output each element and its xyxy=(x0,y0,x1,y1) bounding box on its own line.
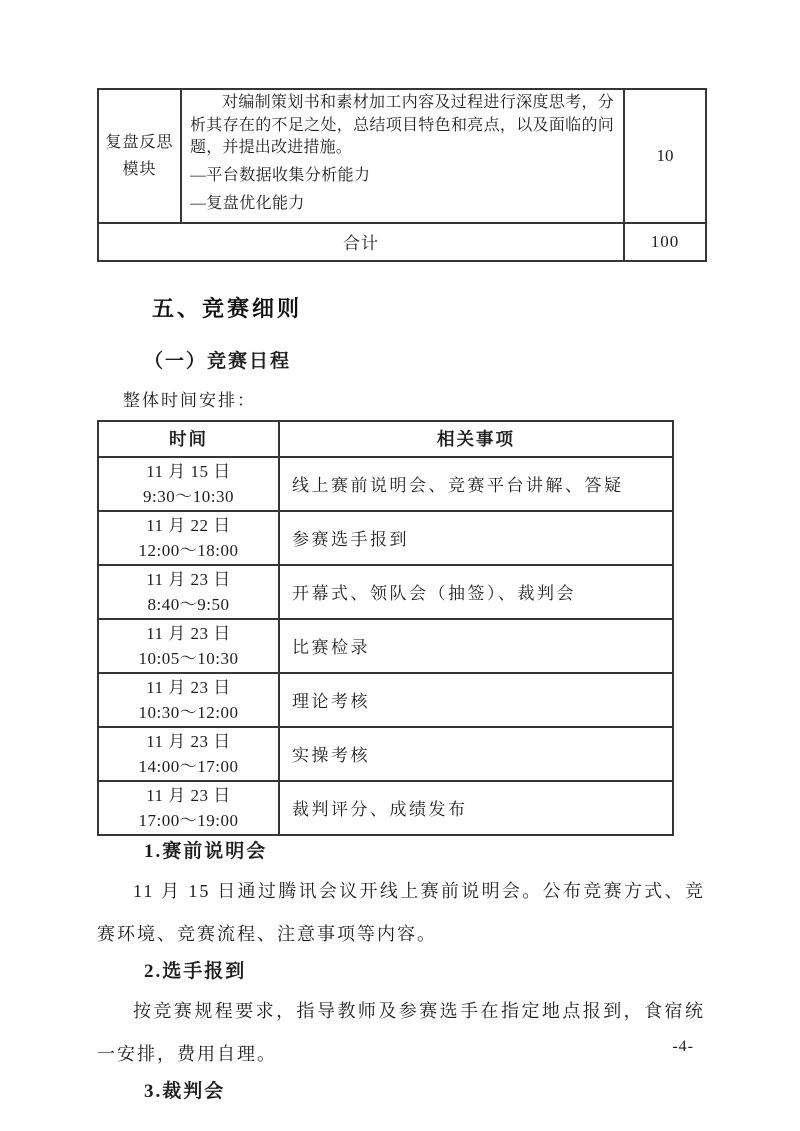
schedule-time: 12:00～18:00 xyxy=(100,538,277,563)
schedule-date: 11 月 23 日 xyxy=(100,567,277,592)
schedule-table: 时间 相关事项 11 月 15 日 9:30～10:30 线上赛前说明会、竞赛平… xyxy=(97,420,674,836)
module-description: 对编制策划书和素材加工内容及过程进行深度思考，分析其存在的不足之处，总结项目特色… xyxy=(190,92,614,160)
schedule-time: 9:30～10:30 xyxy=(100,484,277,509)
schedule-event-cell: 参赛选手报到 xyxy=(279,511,673,565)
schedule-time-cell: 11 月 22 日 12:00～18:00 xyxy=(98,511,279,565)
module-name-line2: 模块 xyxy=(100,156,179,183)
note-body-2: 按竞赛规程要求，指导教师及参赛选手在指定地点报到，食宿统一安排，费用自理。 xyxy=(97,990,705,1076)
page-number: -4- xyxy=(672,1038,694,1056)
schedule-date: 11 月 23 日 xyxy=(100,675,277,700)
section-heading: 五、竞赛细则 xyxy=(152,292,705,323)
schedule-row: 11 月 23 日 14:00～17:00 实操考核 xyxy=(98,727,673,781)
capability-item: —复盘优化能力 xyxy=(190,192,614,216)
schedule-row: 11 月 23 日 10:30～12:00 理论考核 xyxy=(98,673,673,727)
document-page: 复盘反思 模块 对编制策划书和素材加工内容及过程进行深度思考，分析其存在的不足之… xyxy=(0,0,800,1131)
schedule-time: 10:05～10:30 xyxy=(100,646,277,671)
schedule-date: 11 月 23 日 xyxy=(100,729,277,754)
schedule-time: 17:00～19:00 xyxy=(100,808,277,833)
schedule-date: 11 月 23 日 xyxy=(100,621,277,646)
schedule-event-cell: 实操考核 xyxy=(279,727,673,781)
note-heading-3: 3.裁判会 xyxy=(144,1079,705,1105)
score-table: 复盘反思 模块 对编制策划书和素材加工内容及过程进行深度思考，分析其存在的不足之… xyxy=(97,88,707,262)
schedule-time-cell: 11 月 23 日 14:00～17:00 xyxy=(98,727,279,781)
total-score-cell: 100 xyxy=(624,223,706,261)
module-score-cell: 10 xyxy=(624,89,706,223)
schedule-event-cell: 理论考核 xyxy=(279,673,673,727)
schedule-time-cell: 11 月 23 日 10:05～10:30 xyxy=(98,619,279,673)
schedule-time: 14:00～17:00 xyxy=(100,754,277,779)
schedule-event-cell: 线上赛前说明会、竞赛平台讲解、答疑 xyxy=(279,457,673,511)
module-description-cell: 对编制策划书和素材加工内容及过程进行深度思考，分析其存在的不足之处，总结项目特色… xyxy=(181,89,624,223)
schedule-date: 11 月 15 日 xyxy=(100,459,277,484)
schedule-row: 11 月 23 日 10:05～10:30 比赛检录 xyxy=(98,619,673,673)
note-heading-2: 2.选手报到 xyxy=(144,959,705,985)
schedule-time: 8:40～9:50 xyxy=(100,592,277,617)
schedule-event-cell: 裁判评分、成绩发布 xyxy=(279,781,673,835)
score-table-module-row: 复盘反思 模块 对编制策划书和素材加工内容及过程进行深度思考，分析其存在的不足之… xyxy=(98,89,706,223)
schedule-header-time: 时间 xyxy=(98,421,279,457)
capability-item: —平台数据收集分析能力 xyxy=(190,164,614,188)
schedule-time-cell: 11 月 15 日 9:30～10:30 xyxy=(98,457,279,511)
score-table-total-row: 合计 100 xyxy=(98,223,706,261)
total-label-cell: 合计 xyxy=(98,223,624,261)
module-name-cell: 复盘反思 模块 xyxy=(98,89,181,223)
schedule-row: 11 月 22 日 12:00～18:00 参赛选手报到 xyxy=(98,511,673,565)
schedule-date: 11 月 22 日 xyxy=(100,513,277,538)
schedule-header-row: 时间 相关事项 xyxy=(98,421,673,457)
schedule-time-cell: 11 月 23 日 10:30～12:00 xyxy=(98,673,279,727)
schedule-event-cell: 比赛检录 xyxy=(279,619,673,673)
schedule-date: 11 月 23 日 xyxy=(100,783,277,808)
schedule-header-event: 相关事项 xyxy=(279,421,673,457)
schedule-event-cell: 开幕式、领队会（抽签）、裁判会 xyxy=(279,565,673,619)
schedule-time-cell: 11 月 23 日 8:40～9:50 xyxy=(98,565,279,619)
section-subheading: （一）竞赛日程 xyxy=(144,346,705,373)
schedule-time-cell: 11 月 23 日 17:00～19:00 xyxy=(98,781,279,835)
note-heading-1: 1.赛前说明会 xyxy=(144,839,705,865)
schedule-time: 10:30～12:00 xyxy=(100,700,277,725)
note-body-1: 11 月 15 日通过腾讯会议开线上赛前说明会。公布竞赛方式、竞赛环境、竞赛流程… xyxy=(97,870,705,956)
schedule-row: 11 月 23 日 17:00～19:00 裁判评分、成绩发布 xyxy=(98,781,673,835)
schedule-row: 11 月 23 日 8:40～9:50 开幕式、领队会（抽签）、裁判会 xyxy=(98,565,673,619)
module-name-line1: 复盘反思 xyxy=(100,129,179,156)
schedule-row: 11 月 15 日 9:30～10:30 线上赛前说明会、竞赛平台讲解、答疑 xyxy=(98,457,673,511)
intro-line: 整体时间安排： xyxy=(123,386,705,411)
